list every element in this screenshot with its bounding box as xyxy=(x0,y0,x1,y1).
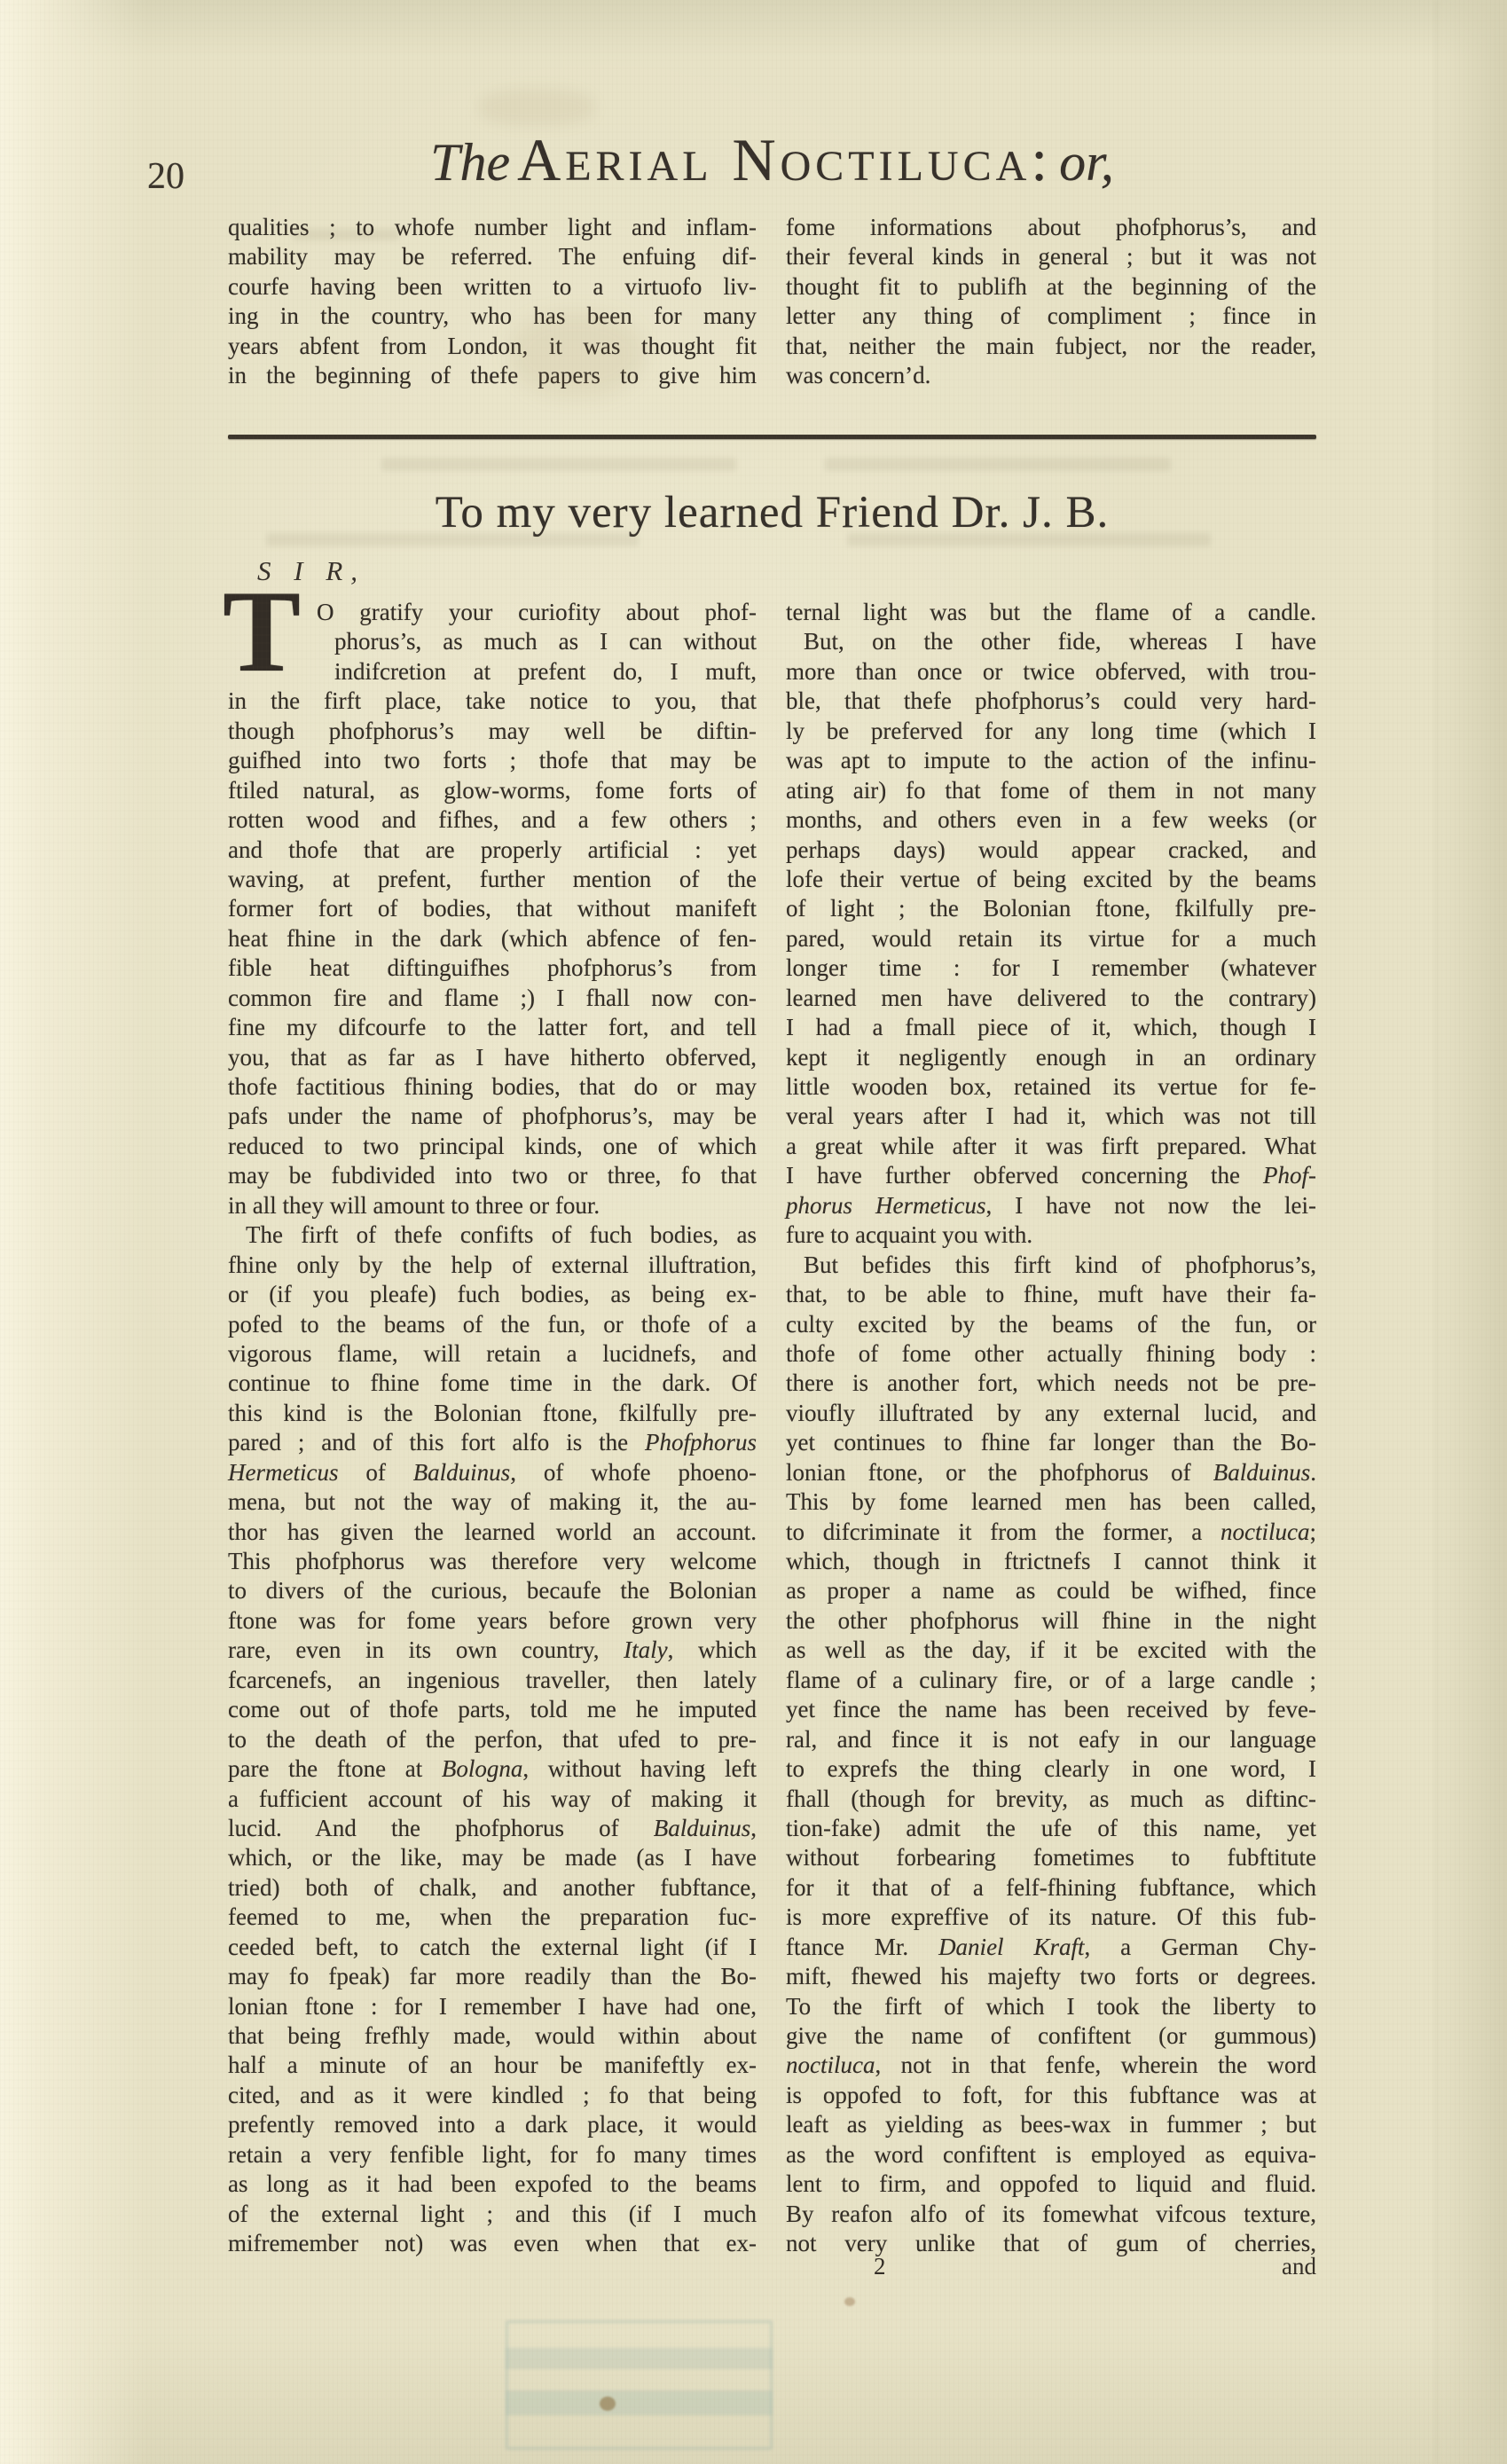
text-line: half a minute of an hour be manifeftly e… xyxy=(228,2051,757,2080)
text-line: and thofe that are properly artificial :… xyxy=(228,836,757,865)
text-line: lucid. And the phofphorus of Balduinus, xyxy=(228,1814,757,1843)
text-line: fure to acquaint you with. xyxy=(786,1220,1316,1250)
text-line: ftiled natural, as glow-worms, fome fort… xyxy=(228,776,757,805)
text-line: fcarcenefs, an ingenious traveller, then… xyxy=(228,1666,757,1695)
catchword: and xyxy=(1224,2253,1316,2280)
text-line: cited, and as it were kindled ; fo that … xyxy=(228,2081,757,2110)
text-line: months, and others even in a few weeks (… xyxy=(786,805,1316,835)
text-line: come out of thofe parts, told me he impu… xyxy=(228,1695,757,1724)
text-line: Hermeticus of Balduinus, of whofe phoeno… xyxy=(228,1458,757,1487)
text-line: O gratify your curiofity about phof- xyxy=(228,598,757,627)
text-line: thought fit to publifh at the beginning … xyxy=(786,272,1316,302)
book-page: 20 TheAerial Noctiluca:or, qualities ; t… xyxy=(0,0,1507,2464)
text-line: is oppofed to foft, for this fubftance w… xyxy=(786,2081,1316,2110)
text-line: a fufficient account of his way of makin… xyxy=(228,1785,757,1814)
text-line: fome informations about phofphorus’s, an… xyxy=(786,213,1316,242)
text-line: But, on the other fide, whereas I have xyxy=(786,627,1316,656)
text-line: This by fome learned men has been called… xyxy=(786,1487,1316,1517)
text-line: mability may be referred. The enfuing di… xyxy=(228,242,757,271)
text-line: was apt to impute to the action of the i… xyxy=(786,746,1316,775)
bleedthrough-mark xyxy=(381,458,736,471)
bleedthrough-mark xyxy=(825,458,1171,471)
text-line: lent to firm, and oppofed to liquid and … xyxy=(786,2170,1316,2199)
text-line: veral years after I had it, which was no… xyxy=(786,1102,1316,1131)
text-line: to exprefs the thing clearly in one word… xyxy=(786,1754,1316,1784)
text-line: leaft as yielding as bees-wax in fummer … xyxy=(786,2110,1316,2139)
text-line: fhall (though for brevity, as much as di… xyxy=(786,1785,1316,1814)
text-line: pare the ftone at Bologna, without havin… xyxy=(228,1754,757,1784)
text-line: ating air) fo that fome of them in not m… xyxy=(786,776,1316,805)
text-line: letter any thing of compliment ; fince i… xyxy=(786,302,1316,331)
text-line: noctiluca, not in that fenfe, wherein th… xyxy=(786,2051,1316,2080)
text-line: lonian ftone, or the phofphorus of Baldu… xyxy=(786,1458,1316,1487)
text-line: But befides this firft kind of phofphoru… xyxy=(786,1251,1316,1280)
text-line: feemed to me, when the preparation fuc- xyxy=(228,1903,757,1932)
text-line: ly be preferved for any long time (which… xyxy=(786,717,1316,746)
text-line: tried) both of chalk, and another fubfta… xyxy=(228,1873,757,1903)
text-line: pafs under the name of phofphorus’s, may… xyxy=(228,1102,757,1131)
text-line: longer time : for I remember (whatever xyxy=(786,953,1316,983)
text-line: fhine only by the help of external illuf… xyxy=(228,1251,757,1280)
text-line: continue to fhine fome time in the dark.… xyxy=(228,1369,757,1398)
text-line: qualities ; to whofe number light and in… xyxy=(228,213,757,242)
text-line: This phofphorus was therefore very welco… xyxy=(228,1547,757,1576)
text-line: of light ; the Bolonian ftone, fkilfully… xyxy=(786,894,1316,923)
text-line: former fort of bodies, that without mani… xyxy=(228,894,757,923)
text-line: ble, that thefe phofphorus’s could very … xyxy=(786,687,1316,716)
text-line: mifremember not) was even when that ex- xyxy=(228,2229,757,2258)
text-line: in the firft place, take notice to you, … xyxy=(228,687,757,716)
text-line: thor has given the learned world an acco… xyxy=(228,1518,757,1547)
text-line: which, though in ftrictnefs I cannot thi… xyxy=(786,1547,1316,1576)
running-title-the: The xyxy=(430,133,510,192)
text-line: courfe having been written to a virtuofo… xyxy=(228,272,757,302)
text-line: there is another fort, which needs not b… xyxy=(786,1369,1316,1398)
text-line: ternal light was but the flame of a cand… xyxy=(786,598,1316,627)
text-line: is more expreffive of its nature. Of thi… xyxy=(786,1903,1316,1932)
text-line: that, to be able to fhine, muft have the… xyxy=(786,1280,1316,1309)
paper-crease xyxy=(1435,0,1438,2464)
text-line: this kind is the Bolonian ftone, fkilful… xyxy=(228,1399,757,1428)
text-line: ftone was for fome years before grown ve… xyxy=(228,1606,757,1636)
letter-left-column: O gratify your curiofity about phof-phor… xyxy=(228,598,757,2259)
text-line: though phofphorus’s may well be diftin- xyxy=(228,717,757,746)
text-line: as long as it had been expofed to the be… xyxy=(228,2170,757,2199)
press-figure: 2 xyxy=(874,2253,886,2280)
page-number: 20 xyxy=(147,158,184,195)
text-line: fine my difcourfe to the latter fort, an… xyxy=(228,1013,757,1042)
text-line: lonian ftone : for I remember I have had… xyxy=(228,1992,757,2021)
text-line: vigorous flame, will retain a lucidnefs,… xyxy=(228,1339,757,1369)
text-line: of the external light ; and this (if I m… xyxy=(228,2200,757,2229)
text-line: mift, fhewed his majefty two forts or de… xyxy=(786,1962,1316,1991)
text-line: mena, but not the way of making it, the … xyxy=(228,1487,757,1517)
text-line: as well as the day, if it be excited wit… xyxy=(786,1636,1316,1665)
text-line: kept it negligently enough in an ordinar… xyxy=(786,1043,1316,1072)
text-line: culty excited by the beams of the fun, o… xyxy=(786,1310,1316,1339)
text-line: in the beginning of thefe papers to give… xyxy=(228,361,757,390)
paper-stain xyxy=(479,89,594,126)
text-line: I had a fmall piece of it, which, though… xyxy=(786,1013,1316,1042)
text-line: ceeded beft, to catch the external light… xyxy=(228,1933,757,1962)
text-line: rare, even in its own country, Italy, wh… xyxy=(228,1636,757,1665)
intro-left-column: qualities ; to whofe number light and in… xyxy=(228,213,757,391)
text-line: little wooden box, retained its vertue f… xyxy=(786,1072,1316,1102)
text-line: pofed to the beams of the fun, or thofe … xyxy=(228,1310,757,1339)
text-line: heat fhine in the dark (which abfence of… xyxy=(228,924,757,953)
text-line: more than once or twice obferved, with t… xyxy=(786,657,1316,687)
text-line: fible heat diftinguifhes phofphorus’s fr… xyxy=(228,953,757,983)
section-divider-rule xyxy=(228,435,1316,439)
text-line: common fire and flame ;) I fhall now con… xyxy=(228,984,757,1013)
ink-stain xyxy=(844,2297,855,2306)
text-line: to difcriminate it from the former, a no… xyxy=(786,1518,1316,1547)
text-line: which, or the like, may be made (as I ha… xyxy=(228,1843,757,1872)
text-line: retain a very fenfible light, for fo man… xyxy=(228,2140,757,2170)
text-line: ftance Mr. Daniel Kraft, a German Chy- xyxy=(786,1933,1316,1962)
text-line: you, that as far as I have hitherto obfe… xyxy=(228,1043,757,1072)
text-line: ing in the country, who has been for man… xyxy=(228,302,757,331)
text-line: ral, and fince it is not eafy in our lan… xyxy=(786,1725,1316,1754)
text-line: give the name of confiftent (or gummous) xyxy=(786,2021,1316,2051)
text-line: To the firft of which I took the liberty… xyxy=(786,1992,1316,2021)
letter-right-column: ternal light was but the flame of a cand… xyxy=(786,598,1316,2259)
text-line: flame of a culinary fire, or of a large … xyxy=(786,1666,1316,1695)
text-line: phorus Hermeticus, I have not now the le… xyxy=(786,1191,1316,1220)
text-line: The firft of thefe confifts of fuch bodi… xyxy=(228,1220,757,1250)
text-line: as the word confiftent is employed as eq… xyxy=(786,2140,1316,2170)
intro-right-column: fome informations about phofphorus’s, an… xyxy=(786,213,1316,391)
text-line: yet fince the name has been received by … xyxy=(786,1695,1316,1724)
text-line: to the death of the perfon, that ufed to… xyxy=(228,1725,757,1754)
text-line: prefently removed into a dark place, it … xyxy=(228,2110,757,2139)
text-line: indifcretion at prefent do, I muft, xyxy=(228,657,757,687)
text-line: the other phofphorus will fhine in the n… xyxy=(786,1606,1316,1636)
text-line: that, neither the main fubject, nor the … xyxy=(786,332,1316,361)
text-line: for it that of a felf-fhining fubftance,… xyxy=(786,1873,1316,1903)
text-line: as proper a name as could be wifhed, fin… xyxy=(786,1576,1316,1605)
running-title-or: or, xyxy=(1059,133,1114,192)
text-line: perhaps days) would appear cracked, and xyxy=(786,836,1316,865)
text-line: was concern’d. xyxy=(786,361,1316,390)
text-line: waving, at prefent, further mention of t… xyxy=(228,865,757,894)
text-line: rotten wood and fifhes, and a few others… xyxy=(228,805,757,835)
text-line: By reafon alfo of its fomewhat vifcous t… xyxy=(786,2200,1316,2229)
text-line: to divers of the curious, becaufe the Bo… xyxy=(228,1576,757,1605)
text-line: without forbearing fometimes to fubftitu… xyxy=(786,1843,1316,1872)
text-line: I have further obferved concerning the P… xyxy=(786,1161,1316,1190)
text-line: vioufly illuftrated by any external luci… xyxy=(786,1399,1316,1428)
stamp-bleedthrough xyxy=(506,2320,773,2450)
text-line: reduced to two principal kinds, one of w… xyxy=(228,1132,757,1161)
text-line: years abfent from London, it was thought… xyxy=(228,332,757,361)
text-line: phorus’s, as much as I can without xyxy=(228,627,757,656)
text-line: a great while after it was firft prepare… xyxy=(786,1132,1316,1161)
running-title-main: Aerial Noctiluca: xyxy=(510,126,1059,193)
text-line: in all they will amount to three or four… xyxy=(228,1191,757,1220)
text-line: or (if you pleafe) fuch bodies, as being… xyxy=(228,1280,757,1309)
text-line: their feveral kinds in general ; but it … xyxy=(786,242,1316,271)
running-title: TheAerial Noctiluca:or, xyxy=(228,129,1316,190)
text-line: thofe factitious fhining bodies, that do… xyxy=(228,1072,757,1102)
text-line: guifhed into two forts ; thofe that may … xyxy=(228,746,757,775)
text-line: yet continues to fhine far longer than t… xyxy=(786,1428,1316,1457)
text-line: pared, would retain its virtue for a muc… xyxy=(786,924,1316,953)
text-line: that being frefhly made, would within ab… xyxy=(228,2021,757,2051)
text-line: thofe of fome other actually fhining bod… xyxy=(786,1339,1316,1369)
text-line: may fo fpeak) far more readily than the … xyxy=(228,1962,757,1991)
text-line: lofe their vertue of being excited by th… xyxy=(786,865,1316,894)
text-line: pared ; and of this fort alfo is the Pho… xyxy=(228,1428,757,1457)
text-line: tion-fake) admit the ufe of this name, y… xyxy=(786,1814,1316,1843)
text-line: learned men have delivered to the contra… xyxy=(786,984,1316,1013)
letter-heading: To my very learned Friend Dr. J. B. xyxy=(228,488,1316,538)
text-line: may be fubdivided into two or three, fo … xyxy=(228,1161,757,1190)
